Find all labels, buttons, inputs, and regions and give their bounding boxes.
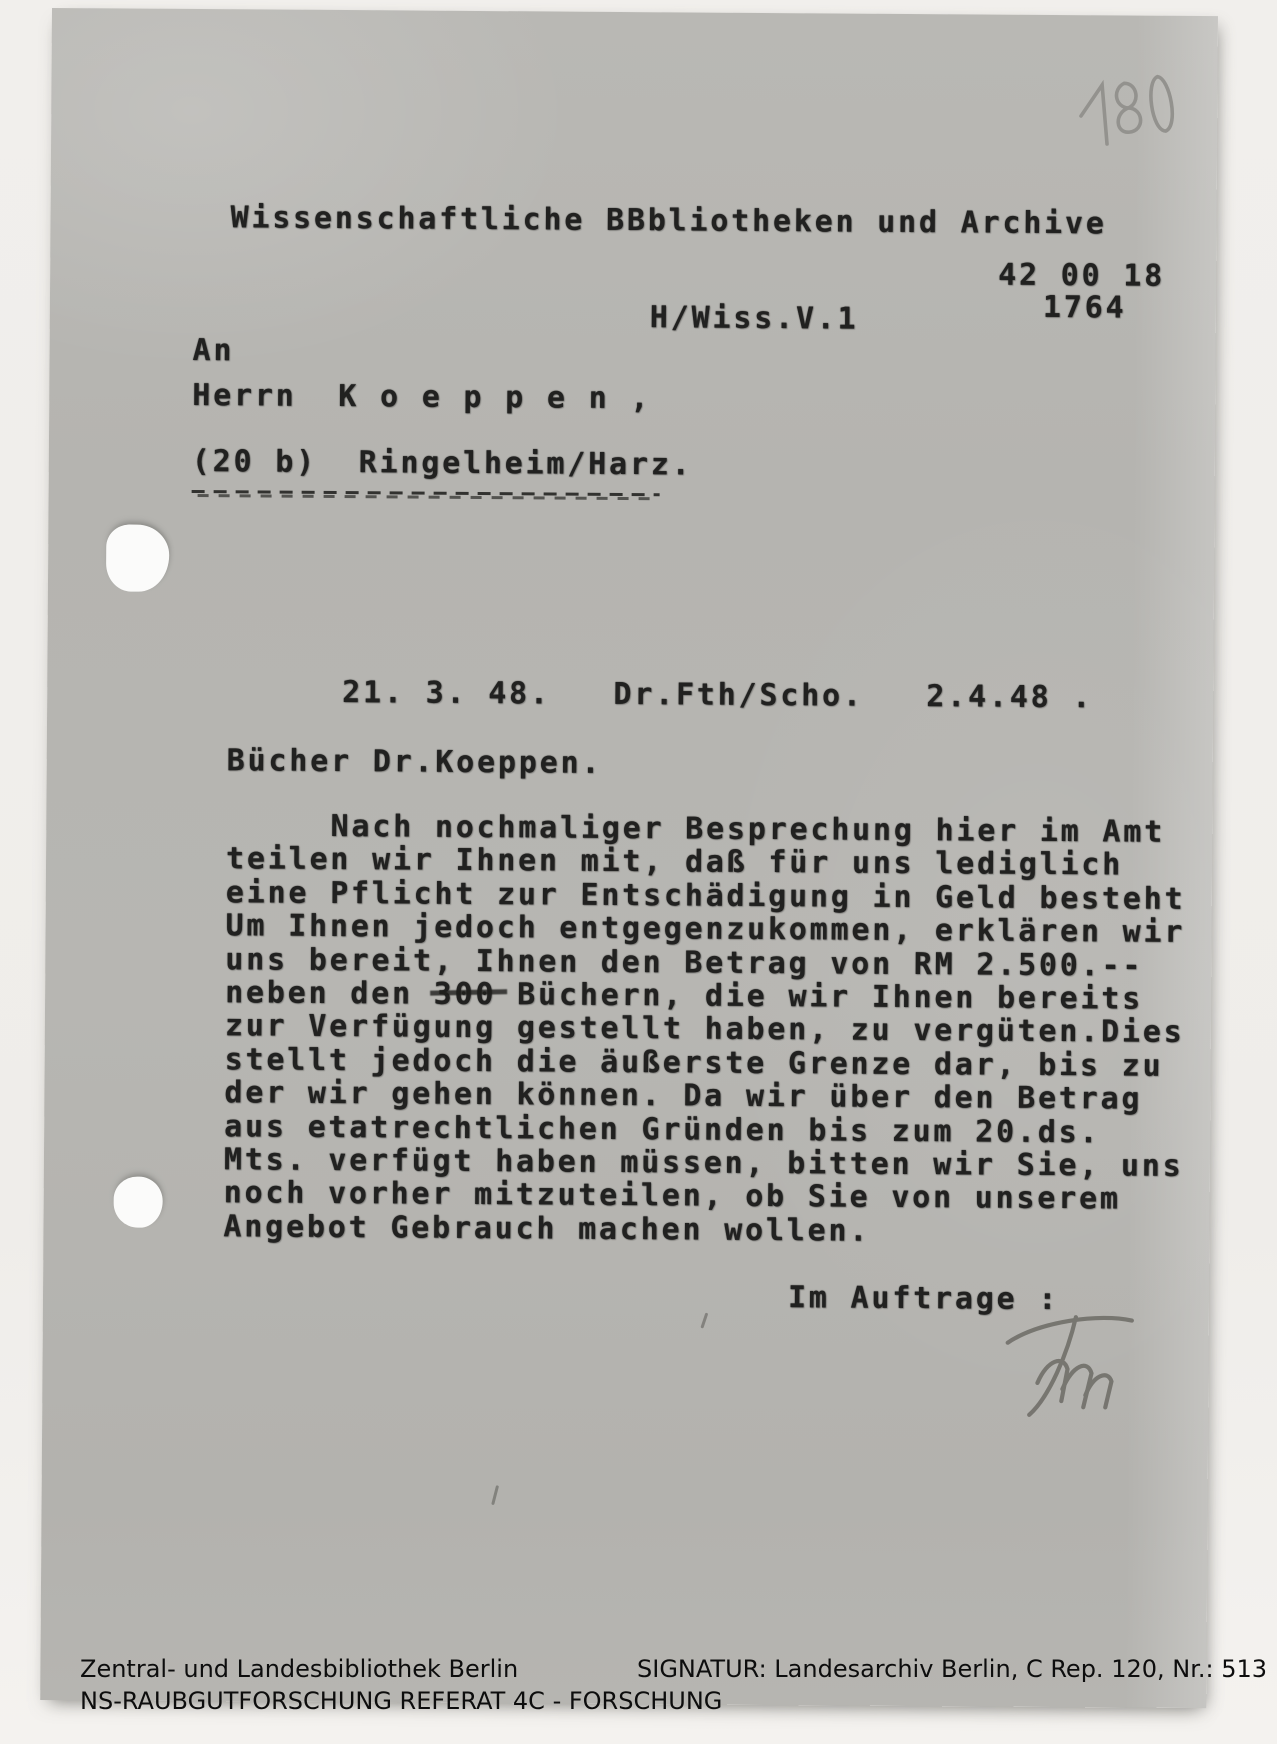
punch-hole-bottom [113,1176,162,1227]
punch-hole-top [106,524,169,591]
footer-signatur-label: SIGNATUR: Landesarchiv Berlin, C Rep. 12… [637,1655,1267,1683]
pencil-mark [700,1313,708,1329]
body-paragraph: Nach nochmaliger Besprechung hier im Amt… [223,809,1186,1250]
date-line: 21. 3. 48. Dr.Fth/Scho. 2.4.48 . [342,676,1093,715]
handwritten-page-number [1071,73,1192,154]
recipient-address: (20 b) Ringelheim/Harz. [192,445,693,482]
footer-library-label: Zentral- und Landesbibliothek Berlin [80,1655,518,1683]
signature-initials [977,1302,1158,1433]
file-reference: H/Wiss.V.1 [650,301,859,336]
recipient-name: Herrn K o e p p e n , [192,379,651,416]
reference-number-1: 42 00 18 [998,259,1165,294]
footer-project-label: NS-RAUBGUTFORSCHUNG REFERAT 4C - FORSCHU… [80,1687,722,1715]
reference-number-2: 1764 [1043,291,1127,325]
recipient-salutation: An [192,334,234,368]
pencil-mark [491,1485,499,1505]
document-scan: Wissenschaftliche BBbliotheken und Archi… [0,0,1277,1744]
letter-paper: Wissenschaftliche BBbliotheken und Archi… [40,8,1218,1708]
address-underline [192,490,660,500]
sender-org-line: Wissenschaftliche BBbliotheken und Archi… [230,201,1106,241]
subject-line: Bücher Dr.Koeppen. [227,744,603,780]
